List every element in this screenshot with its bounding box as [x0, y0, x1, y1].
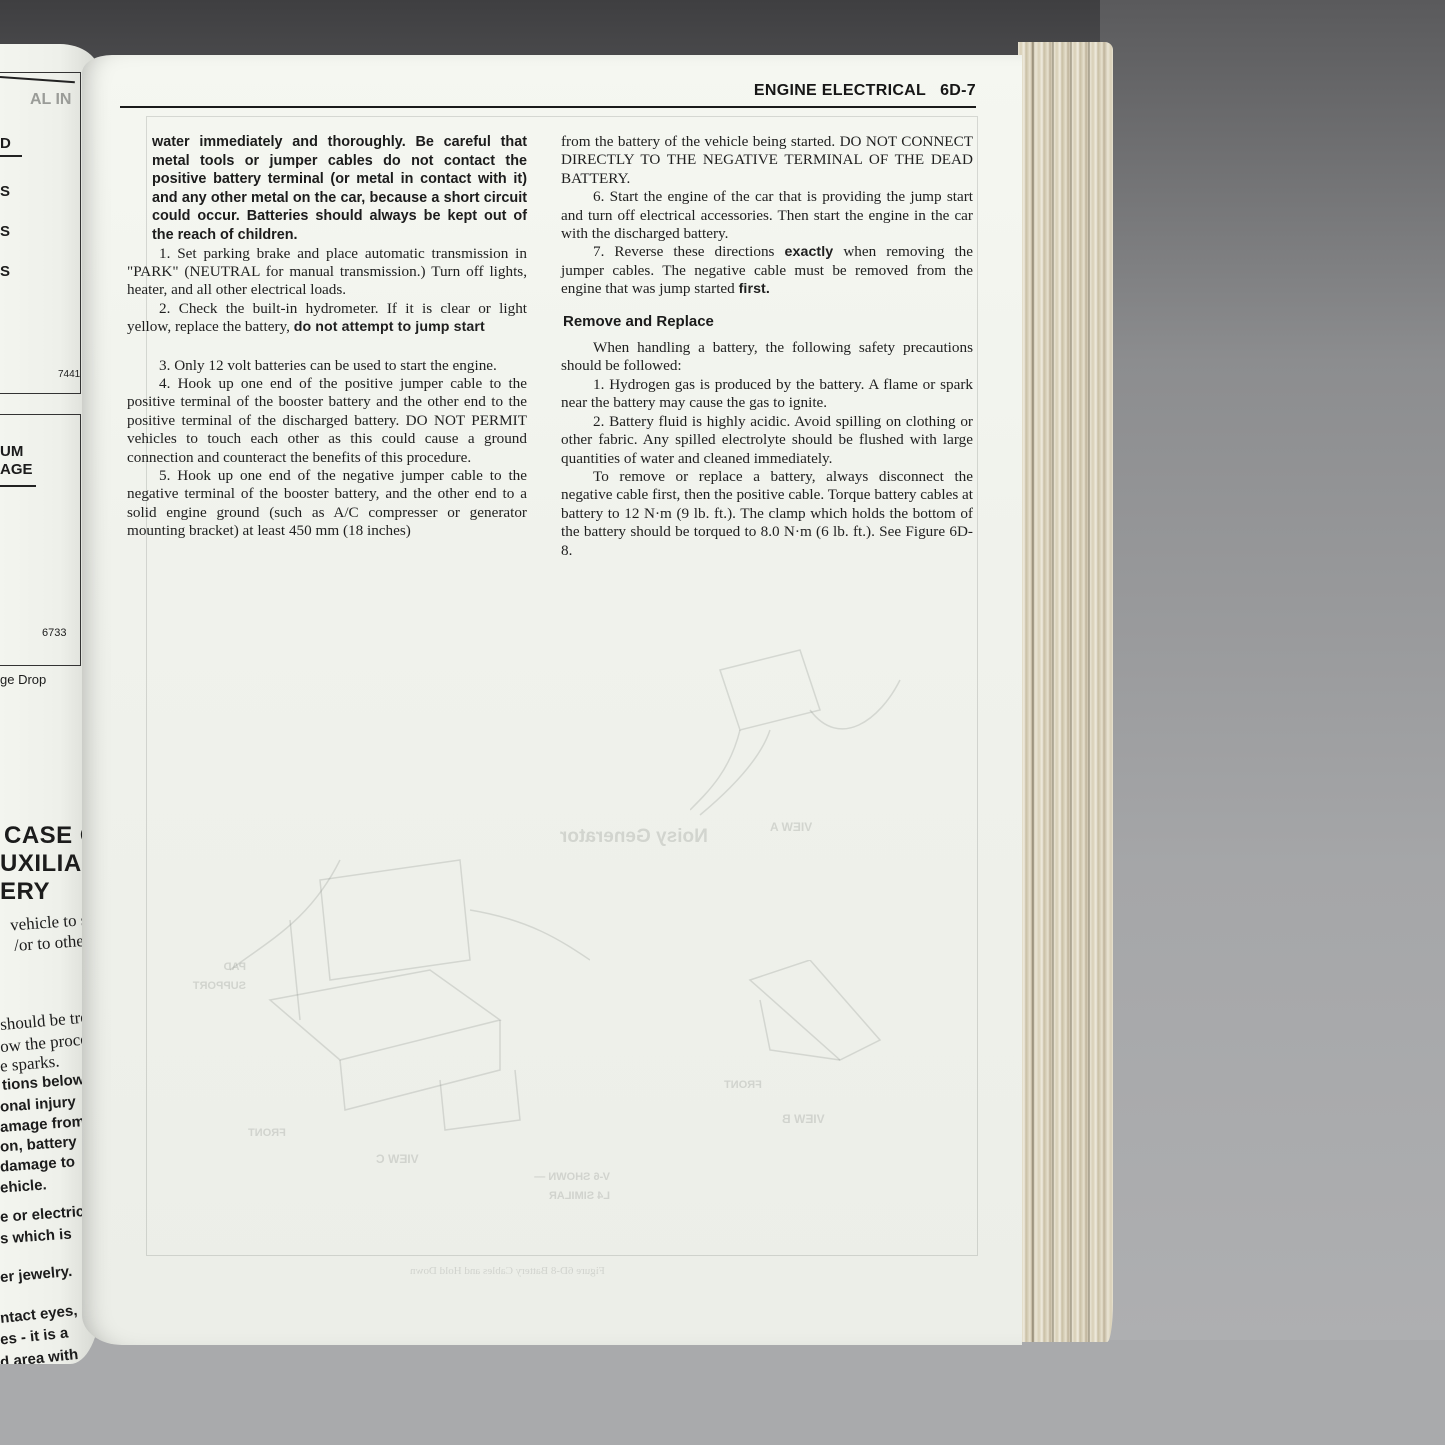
- text-fragment: onal injury: [0, 1093, 76, 1115]
- text-fragment: damage to: [0, 1153, 76, 1175]
- precaution-2: 2. Battery fluid is highly acidic. Avoid…: [561, 413, 973, 468]
- table-header-fragment: UM: [0, 443, 23, 460]
- closing-paragraph: To remove or replace a battery, always d…: [561, 468, 973, 560]
- show-through-label: VIEW A: [770, 818, 812, 837]
- spec-table-box: UM AGE 6733: [0, 414, 81, 666]
- show-through-label: FRONT: [724, 1076, 762, 1095]
- step-3: 3. Only 12 volt batteries can be used to…: [127, 357, 527, 375]
- table-header-fragment: AL IN: [30, 91, 71, 109]
- text-column-left: water immediately and thoroughly. Be car…: [127, 133, 527, 541]
- figure-code: 7441: [58, 369, 80, 380]
- text-fragment: on, battery: [0, 1133, 77, 1155]
- show-through-label: V-6 SHOWN — L4 SIMILAR: [530, 1168, 610, 1205]
- figure-caption-fragment: ge Drop: [0, 672, 46, 687]
- text-fragment: amage from: [0, 1113, 86, 1136]
- emphasis: first.: [739, 281, 770, 297]
- show-through-figure-caption: Figure 6D-8 Battery Cables and Hold Down: [410, 1262, 605, 1281]
- section-title: ENGINE ELECTRICAL: [754, 82, 926, 103]
- step-5-continued: from the battery of the vehicle being st…: [561, 133, 973, 188]
- page-number: 6D-7: [940, 82, 976, 103]
- text-fragment: d area with: [0, 1346, 79, 1364]
- step-4: 4. Hook up one end of the positive jumpe…: [127, 375, 527, 467]
- text-fragment: ntact eyes,: [0, 1302, 78, 1327]
- step-7: 7. Reverse these directions exactly when…: [561, 243, 973, 298]
- step-2: 2. Check the built-in hydrometer. If it …: [127, 300, 527, 337]
- table-row-fragment: S: [0, 263, 10, 280]
- table-header-fragment: AGE: [0, 461, 33, 478]
- section-heading: Remove and Replace: [563, 313, 973, 331]
- figure-code: 6733: [42, 627, 66, 639]
- spec-table-box: AL IN D S S S 7441: [0, 72, 81, 394]
- section-heading-fragment: ERY: [0, 878, 50, 906]
- intro-paragraph: When handling a battery, the following s…: [561, 339, 973, 376]
- table-row-fragment: S: [0, 223, 10, 240]
- book-fore-edge: [1018, 42, 1113, 1342]
- running-head: ENGINE ELECTRICAL6D-7: [120, 82, 976, 108]
- background-surface-right: [1100, 0, 1445, 1445]
- text-fragment: es - it is a: [0, 1324, 69, 1348]
- emphasis: exactly: [784, 244, 833, 260]
- table-row-fragment: S: [0, 183, 10, 200]
- emphasis: do not attempt to jump start: [294, 319, 485, 335]
- show-through-clamp-drawing: [730, 960, 890, 1070]
- step-6: 6. Start the engine of the car that is p…: [561, 188, 973, 243]
- step-1: 1. Set parking brake and place automatic…: [127, 245, 527, 300]
- text-fragment: e or electric: [0, 1203, 85, 1226]
- show-through-label: VIEW C: [376, 1150, 419, 1169]
- caution-text: water immediately and thoroughly. Be car…: [127, 133, 527, 245]
- step-5: 5. Hook up one end of the negative jumpe…: [127, 467, 527, 541]
- table-col-head-fragment: D: [0, 135, 11, 152]
- show-through-battery-drawing: [230, 820, 590, 1150]
- text-fragment: er jewelry.: [0, 1263, 73, 1286]
- show-through-cable-drawing: [690, 640, 930, 820]
- text-column-right: from the battery of the vehicle being st…: [561, 133, 973, 560]
- background-surface-bottom: [0, 1340, 1445, 1445]
- text-fragment: ehicle.: [0, 1176, 47, 1196]
- precaution-1: 1. Hydrogen gas is produced by the batte…: [561, 376, 973, 413]
- show-through-label: VIEW B: [782, 1110, 825, 1129]
- text-fragment: s which is: [0, 1226, 72, 1248]
